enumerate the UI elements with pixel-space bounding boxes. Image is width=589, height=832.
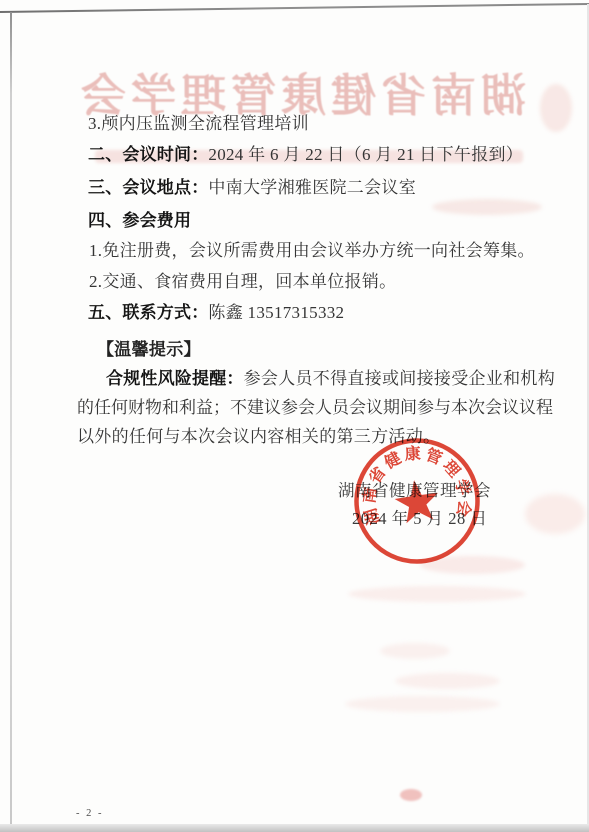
bleedthrough-smudge bbox=[400, 789, 422, 801]
section-fee-header: 四、参会费用 bbox=[88, 211, 191, 231]
section-meeting-location-value: 中南大学湘雅医院二会议室 bbox=[208, 178, 416, 197]
section-meeting-location-label: 三、会议地点： bbox=[88, 178, 208, 197]
bleedthrough-smudge bbox=[345, 696, 500, 712]
scan-edge-left bbox=[10, 12, 12, 832]
fee-item-1: 1.免注册费，会议所需费用由会议举办方统一向社会筹集。 bbox=[89, 241, 535, 261]
bleedthrough-smudge bbox=[540, 84, 572, 132]
scan-edge-bottom bbox=[0, 824, 589, 832]
training-item-3: 3.颅内压监测全流程管理培训 bbox=[88, 114, 309, 134]
section-meeting-location: 三、会议地点：中南大学湘雅医院二会议室 bbox=[88, 178, 416, 198]
fee-item-2: 2.交通、食宿费用自理，回本单位报销。 bbox=[89, 272, 396, 292]
seal-star bbox=[392, 477, 441, 524]
section-contact-label: 五、联系方式： bbox=[88, 303, 208, 322]
tips-header: 【温馨提示】 bbox=[97, 340, 201, 360]
bleedthrough-letterhead-title: 湖南省健康管理学会 bbox=[70, 72, 526, 120]
compliance-warning-label: 合规性风险提醒： bbox=[106, 369, 244, 388]
document-page: 湖南省健康管理学会 3.颅内压监测全流程管理培训 二、会议时间：2024 年 6… bbox=[0, 0, 589, 832]
tips-line-1: 合规性风险提醒：参会人员不得直接或间接接受企业和机构 bbox=[106, 369, 555, 389]
bleedthrough-smudge bbox=[348, 586, 526, 602]
section-meeting-time: 二、会议时间：2024 年 6 月 22 日（6 月 21 日下午报到） bbox=[88, 145, 523, 165]
section-meeting-time-value: 2024 年 6 月 22 日（6 月 21 日下午报到） bbox=[208, 145, 523, 164]
bleedthrough-smudge bbox=[432, 199, 542, 215]
section-meeting-time-label: 二、会议时间： bbox=[88, 145, 208, 164]
page-number: - 2 - bbox=[76, 808, 104, 819]
tips-line-1-rest: 参会人员不得直接或间接接受企业和机构 bbox=[244, 369, 555, 388]
scan-edge-top bbox=[0, 3, 589, 13]
official-seal: 湖南省健康管理学会 bbox=[332, 415, 502, 585]
bleedthrough-smudge bbox=[525, 494, 585, 534]
section-contact-value: 陈鑫 13517315332 bbox=[208, 303, 344, 322]
bleedthrough-smudge bbox=[395, 673, 500, 689]
section-contact: 五、联系方式：陈鑫 13517315332 bbox=[88, 303, 344, 323]
bleedthrough-smudge bbox=[380, 643, 450, 659]
